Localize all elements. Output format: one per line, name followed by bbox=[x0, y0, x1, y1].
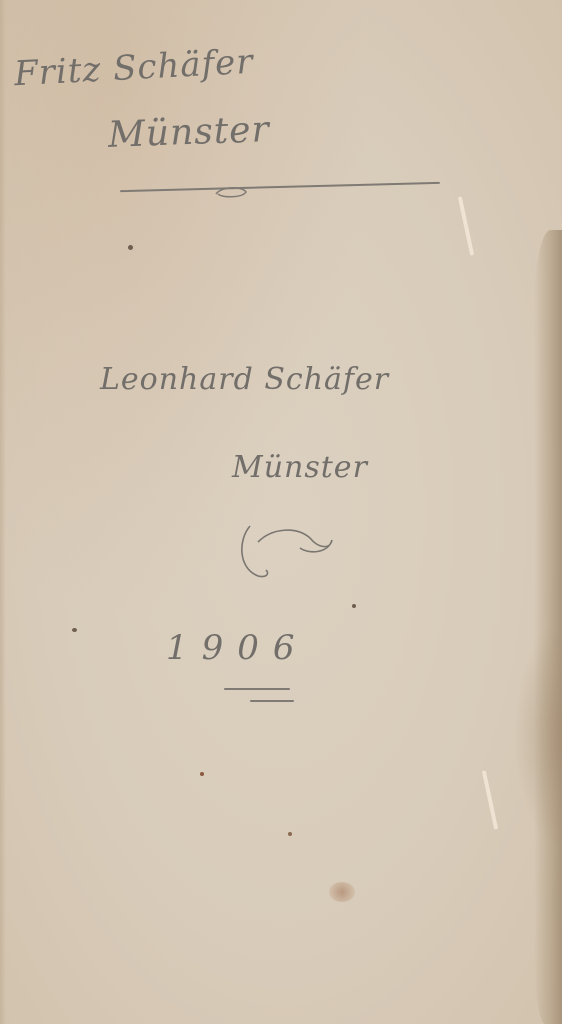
owner-place-inscription: Münster bbox=[107, 109, 270, 156]
paper-scuff bbox=[458, 196, 474, 256]
foxing-speck bbox=[288, 832, 292, 836]
year-underline-2 bbox=[250, 700, 294, 702]
year-inscription: 1906 bbox=[166, 628, 309, 668]
paper-edge-shadow bbox=[0, 0, 6, 1024]
aged-paper-page: Fritz Schäfer Münster Leonhard Schäfer M… bbox=[0, 0, 562, 1024]
underline-flourish-icon bbox=[212, 184, 252, 200]
year-underline-1 bbox=[224, 688, 290, 690]
title-place-inscription: Münster bbox=[232, 450, 368, 485]
paper-scuff bbox=[482, 770, 498, 830]
ink-speck bbox=[128, 245, 133, 250]
underline-rule bbox=[120, 182, 440, 192]
ink-speck bbox=[72, 628, 77, 632]
foxing-stain bbox=[329, 882, 355, 902]
foxing-speck bbox=[200, 772, 204, 776]
calligraphic-flourish-icon bbox=[236, 520, 336, 586]
title-name-inscription: Leonhard Schäfer bbox=[100, 362, 389, 397]
owner-name-inscription: Fritz Schäfer bbox=[13, 42, 254, 94]
water-stain-lower-right bbox=[514, 620, 562, 850]
ink-speck bbox=[352, 604, 356, 608]
